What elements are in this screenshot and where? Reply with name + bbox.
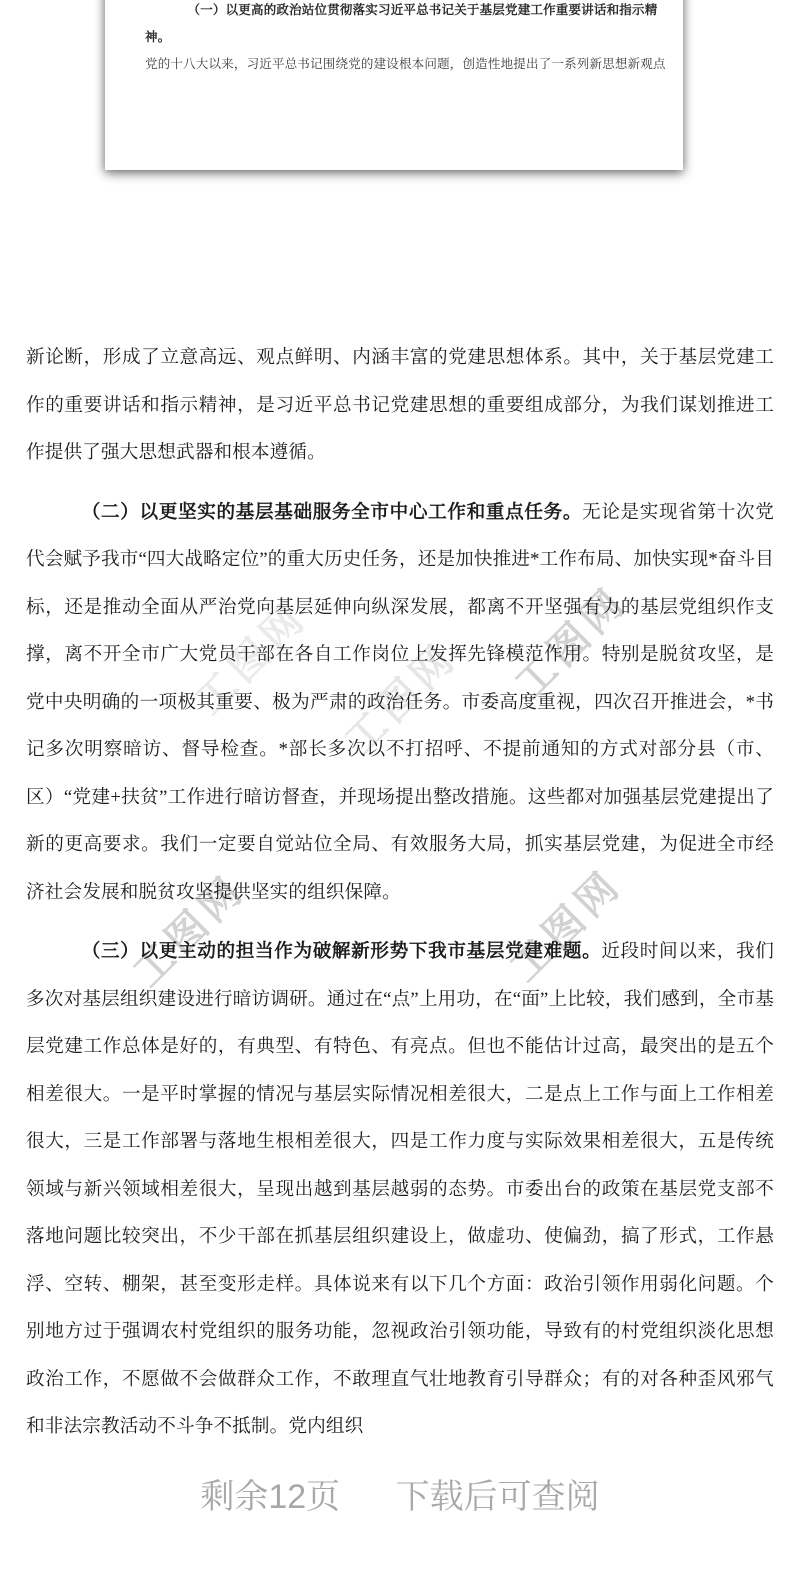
- paragraph-text: 新论断，形成了立意高远、观点鲜明、内涵丰富的党建思想体系。其中，关于基层党建工作…: [26, 347, 774, 463]
- paragraph-heading: （二）以更坚实的基层基础服务全市中心工作和重点任务。: [82, 502, 582, 523]
- remaining-pages-notice: 剩余12页 下载后可查阅: [0, 1478, 800, 1516]
- paragraph: （二）以更坚实的基层基础服务全市中心工作和重点任务。无论是实现省第十次党代会赋予…: [26, 489, 774, 917]
- paragraph: （三）以更主动的担当作为破解新形势下我市基层党建难题。近段时间以来，我们多次对基…: [26, 928, 774, 1451]
- previous-page-body-line: 党的十八大以来，习近平总书记围绕党的建设根本问题，创造性地提出了一系列新思想新观…: [145, 51, 669, 78]
- document-body: 新论断，形成了立意高远、观点鲜明、内涵丰富的党建思想体系。其中，关于基层党建工作…: [26, 334, 774, 1463]
- paragraph-heading: （三）以更主动的担当作为破解新形势下我市基层党建难题。: [82, 941, 602, 962]
- paragraph: 新论断，形成了立意高远、观点鲜明、内涵丰富的党建思想体系。其中，关于基层党建工作…: [26, 334, 774, 477]
- remaining-pages-count: 剩余12页: [200, 1478, 340, 1516]
- previous-page-card: （一）以更高的政治站位贯彻落实习近平总书记关于基层党建工作重要讲话和指示精神。 …: [105, 0, 683, 170]
- paragraph-text: 近段时间以来，我们多次对基层组织建设进行暗访调研。通过在“点”上用功，在“面”上…: [26, 941, 774, 1437]
- previous-page-section-heading: （一）以更高的政治站位贯彻落实习近平总书记关于基层党建工作重要讲话和指示精神。: [145, 0, 669, 51]
- download-to-view-hint: 下载后可查阅: [396, 1478, 600, 1516]
- paragraph-text: 无论是实现省第十次党代会赋予我市“四大战略定位”的重大历史任务，还是加快推进*工…: [26, 502, 774, 903]
